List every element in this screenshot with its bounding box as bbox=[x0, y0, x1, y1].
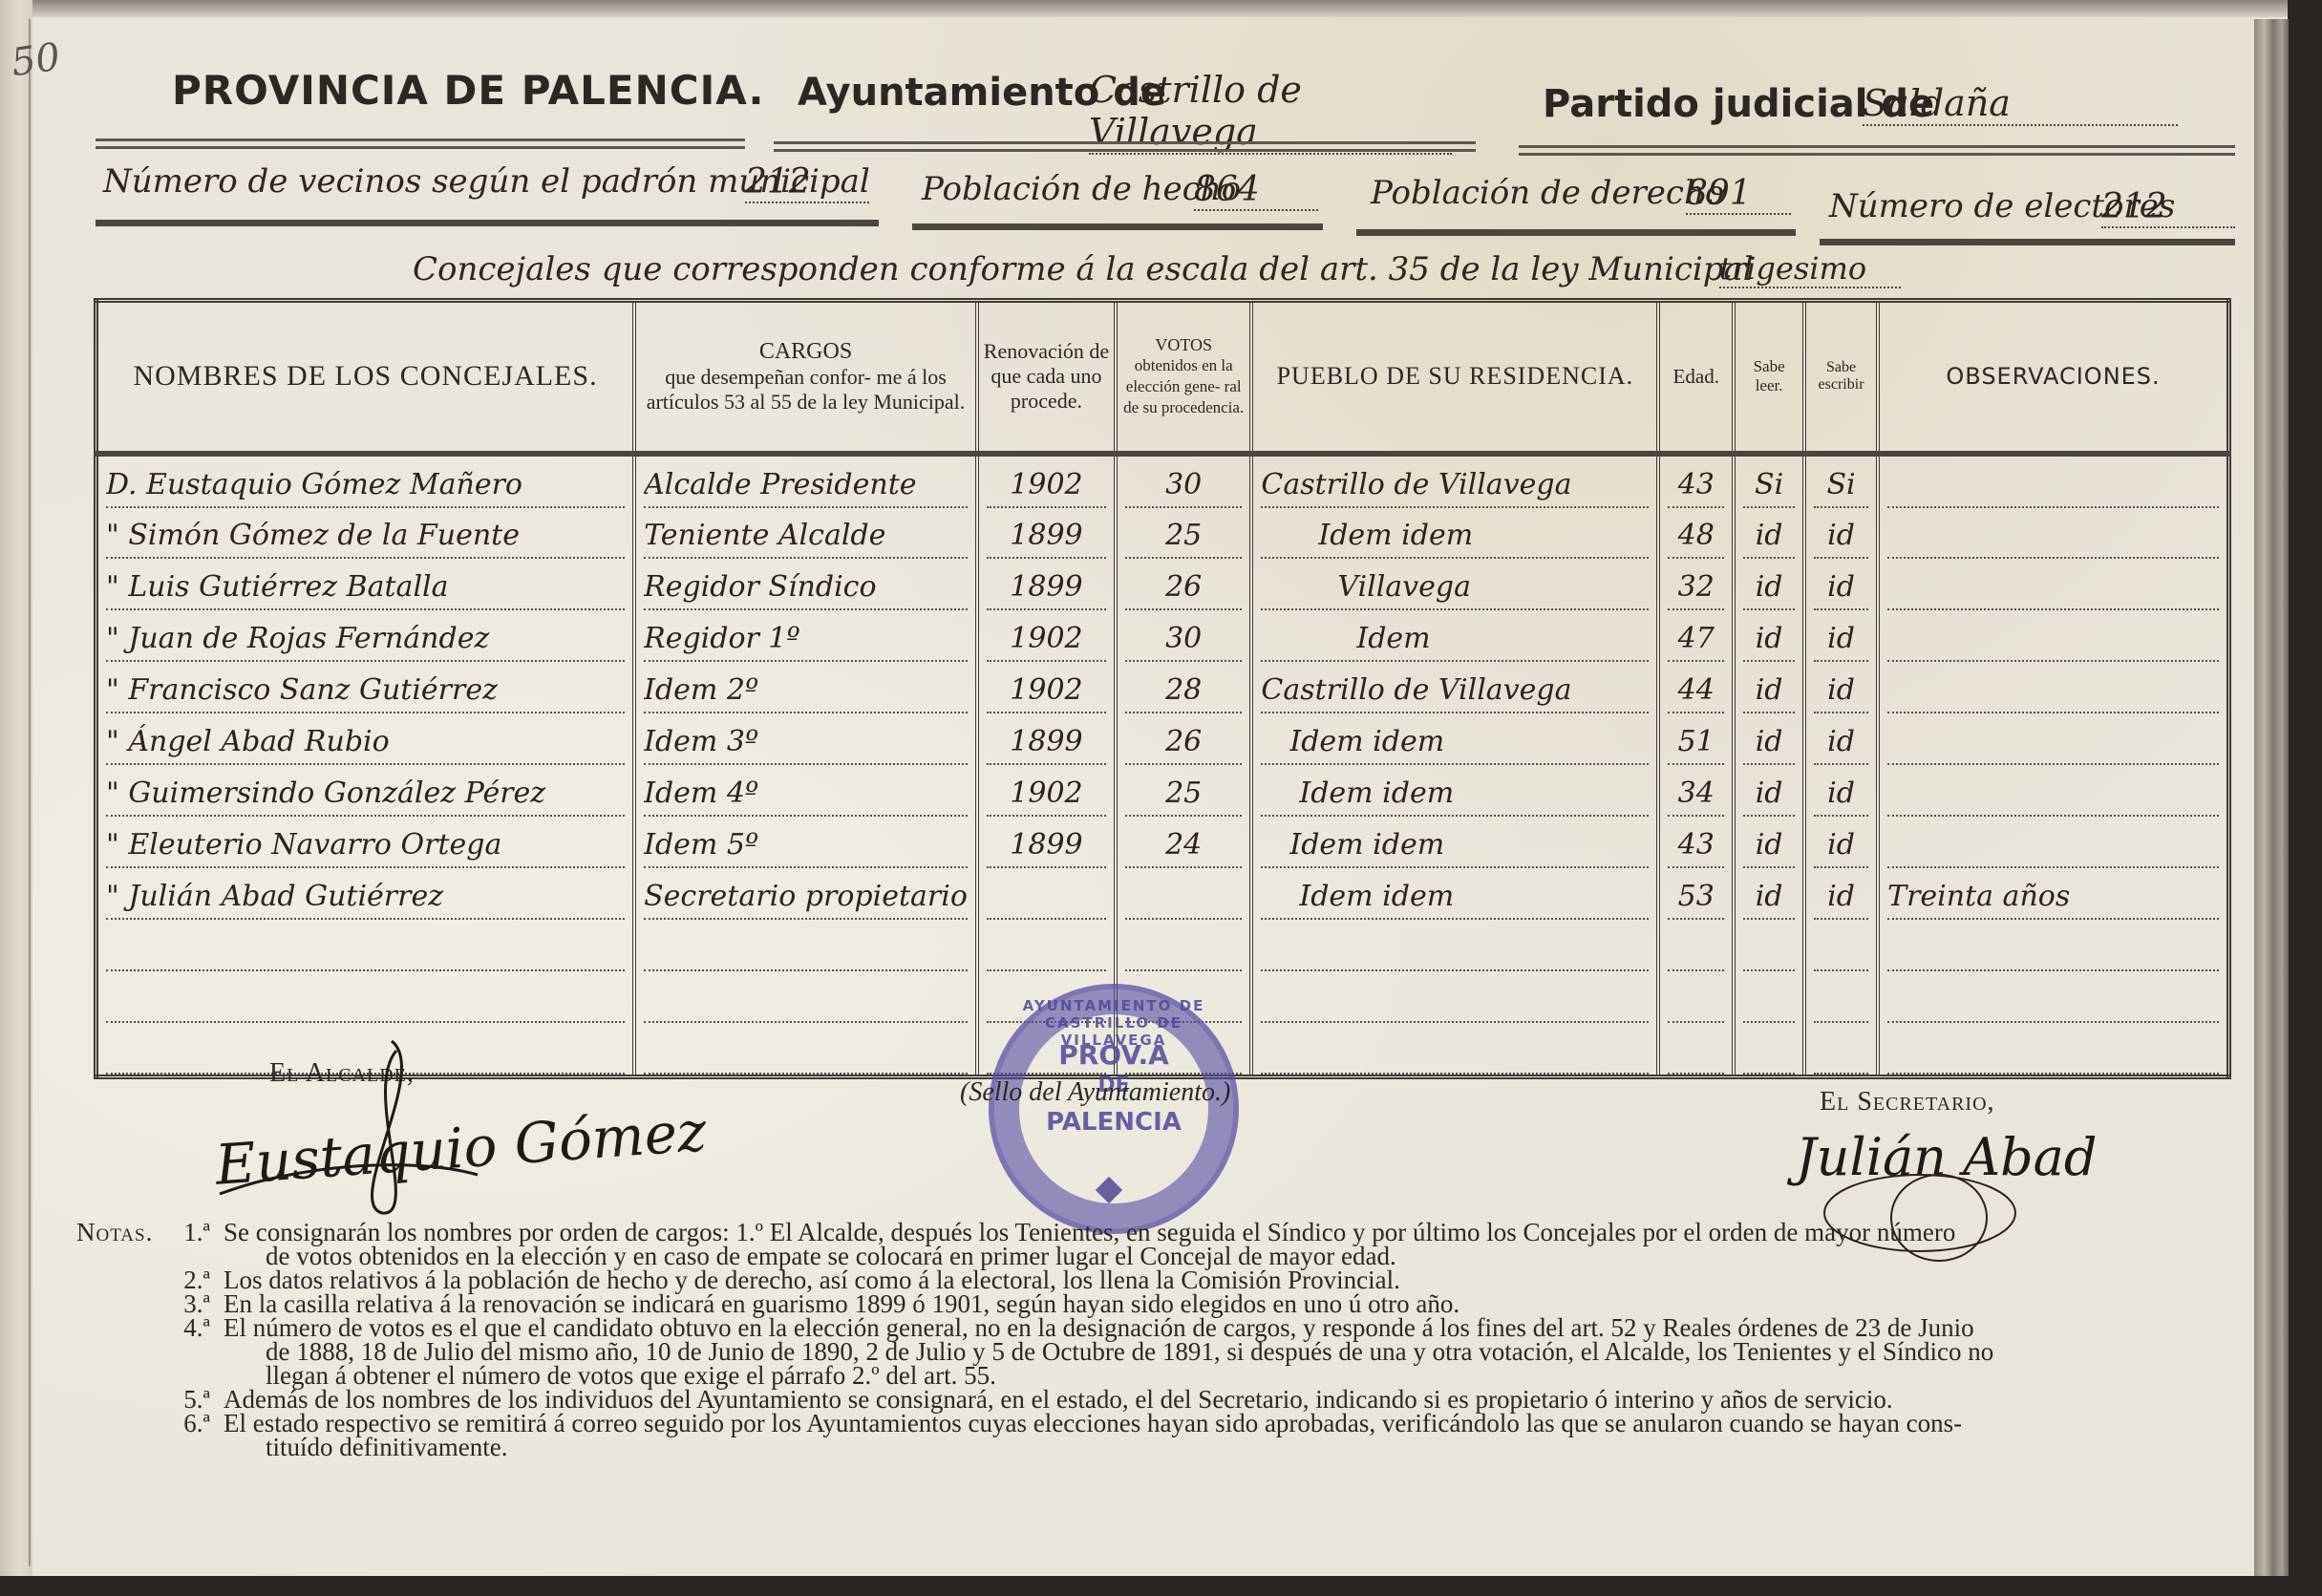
edad-cell: 47 bbox=[1668, 620, 1724, 662]
notes-section: Notas. 1.ª Se consignarán los nombres po… bbox=[76, 1221, 2235, 1459]
votos-cell: 25 bbox=[1125, 775, 1242, 817]
header-observaciones: OBSERVACIONES. bbox=[1878, 301, 2228, 454]
pueblo-cell: Castrillo de Villavega bbox=[1261, 466, 1649, 508]
edad-cell bbox=[1668, 981, 1724, 1023]
pueblo-cell: Idem idem bbox=[1261, 826, 1649, 868]
escribir-cell: id bbox=[1814, 878, 1868, 920]
cargo-cell: Idem 3º bbox=[644, 723, 968, 765]
header-pueblo: PUEBLO DE SU RESIDENCIA. bbox=[1251, 301, 1658, 454]
pueblo-cell bbox=[1261, 929, 1649, 971]
leer-cell: id bbox=[1743, 723, 1795, 765]
escribir-cell: id bbox=[1814, 620, 1868, 662]
edad-cell: 43 bbox=[1668, 466, 1724, 508]
pueblo-cell: Idem idem bbox=[1261, 517, 1649, 559]
province-title: PROVINCIA DE PALENCIA. bbox=[172, 67, 764, 114]
ayuntamiento-seal: AYUNTAMIENTO DE CASTRILLO DE VILLAVEGA P… bbox=[989, 984, 1239, 1234]
nombre-cell: " Luis Gutiérrez Batalla bbox=[106, 568, 625, 610]
edad-cell: 51 bbox=[1668, 723, 1724, 765]
escribir-cell: Si bbox=[1814, 466, 1868, 508]
obs-cell bbox=[1887, 1032, 2219, 1075]
seal-center-1: PROV.A bbox=[994, 1039, 1233, 1071]
votos-cell: 30 bbox=[1125, 466, 1242, 508]
renovacion-cell: 1902 bbox=[987, 775, 1106, 817]
escribir-cell: id bbox=[1814, 517, 1868, 559]
leer-cell: id bbox=[1743, 517, 1795, 559]
cargo-cell: Secretario propietario bbox=[644, 878, 968, 920]
renovacion-cell: 1902 bbox=[987, 671, 1106, 713]
book-right-edge bbox=[2254, 19, 2289, 1576]
votos-cell bbox=[1125, 929, 1242, 971]
leer-cell: id bbox=[1743, 671, 1795, 713]
nombre-cell: D. Eustaquio Gómez Mañero bbox=[106, 466, 625, 508]
pueblo-cell bbox=[1261, 981, 1649, 1023]
edad-cell bbox=[1668, 929, 1724, 971]
concejales-label: Concejales que corresponden conforme á l… bbox=[413, 250, 1754, 288]
header-sabe-escribir: Sabe escribir bbox=[1804, 301, 1878, 454]
cargo-cell bbox=[644, 981, 968, 1023]
hecho-rule bbox=[912, 223, 1323, 230]
hecho-label: Población de hecho bbox=[922, 170, 1241, 208]
table-row: D. Eustaquio Gómez Mañero Alcalde Presid… bbox=[96, 454, 2229, 508]
hecho-value: 864 bbox=[1194, 170, 1318, 211]
notes-label: Notas. bbox=[76, 1221, 167, 1245]
votos-cell: 28 bbox=[1125, 671, 1242, 713]
votos-cell: 30 bbox=[1125, 620, 1242, 662]
edad-cell: 34 bbox=[1668, 775, 1724, 817]
renovacion-cell bbox=[987, 929, 1106, 971]
nombre-cell bbox=[106, 981, 625, 1023]
obs-cell bbox=[1887, 929, 2219, 971]
edad-cell: 44 bbox=[1668, 671, 1724, 713]
escribir-cell: id bbox=[1814, 671, 1868, 713]
derecho-value: 891 bbox=[1686, 174, 1791, 215]
votos-cell: 26 bbox=[1125, 568, 1242, 610]
escribir-cell: id bbox=[1814, 723, 1868, 765]
table-row: " Simón Gómez de la Fuente Teniente Alca… bbox=[96, 508, 2229, 560]
table-row: " Eleuterio Navarro Ortega Idem 5º 1899 … bbox=[96, 817, 2229, 868]
nombre-cell: " Juan de Rojas Fernández bbox=[106, 620, 625, 662]
nombre-cell: " Julián Abad Gutiérrez bbox=[106, 878, 625, 920]
pueblo-cell: Idem idem bbox=[1261, 775, 1649, 817]
electores-rule bbox=[1820, 239, 2235, 245]
cargo-cell: Regidor Síndico bbox=[644, 568, 968, 610]
table-row: " Francisco Sanz Gutiérrez Idem 2º 1902 … bbox=[96, 662, 2229, 713]
leer-cell bbox=[1743, 981, 1795, 1023]
cargo-cell: Regidor 1º bbox=[644, 620, 968, 662]
ayuntamiento-rule bbox=[774, 141, 1476, 152]
nombre-cell bbox=[106, 929, 625, 971]
header-nombres: NOMBRES DE LOS CONCEJALES. bbox=[96, 301, 635, 454]
derecho-rule bbox=[1356, 229, 1796, 236]
edad-cell: 48 bbox=[1668, 517, 1724, 559]
vecinos-rule bbox=[96, 220, 879, 226]
table-row: " Julián Abad Gutiérrez Secretario propi… bbox=[96, 868, 2229, 920]
renovacion-cell: 1899 bbox=[987, 723, 1106, 765]
leer-cell: Si bbox=[1743, 466, 1795, 508]
escribir-cell bbox=[1814, 929, 1868, 971]
edad-cell: 53 bbox=[1668, 878, 1724, 920]
pueblo-cell bbox=[1261, 1032, 1649, 1075]
escribir-cell bbox=[1814, 1032, 1868, 1075]
edad-cell: 32 bbox=[1668, 568, 1724, 610]
pueblo-cell: Idem bbox=[1261, 620, 1649, 662]
table-row: " Luis Gutiérrez Batalla Regidor Síndico… bbox=[96, 559, 2229, 610]
renovacion-cell: 1902 bbox=[987, 620, 1106, 662]
partido-value: Saldaña bbox=[1863, 82, 2178, 126]
header-cargos: CARGOS que desempeñan confor- me á los a… bbox=[634, 301, 977, 454]
province-rule bbox=[96, 138, 745, 149]
alcalde-flourish-icon bbox=[201, 1032, 516, 1223]
derecho-label: Población de derecho bbox=[1371, 174, 1724, 212]
table-row: " Guimersindo González Pérez Idem 4º 190… bbox=[96, 765, 2229, 817]
nombre-cell: " Simón Gómez de la Fuente bbox=[106, 517, 625, 559]
pueblo-cell: Idem idem bbox=[1261, 878, 1649, 920]
leer-cell bbox=[1743, 929, 1795, 971]
table-row: " Ángel Abad Rubio Idem 3º 1899 26 Idem … bbox=[96, 713, 2229, 765]
leer-cell: id bbox=[1743, 878, 1795, 920]
document-page: 50 PROVINCIA DE PALENCIA. Ayuntamiento d… bbox=[0, 0, 2288, 1576]
renovacion-cell: 1899 bbox=[987, 517, 1106, 559]
nombre-cell: " Francisco Sanz Gutiérrez bbox=[106, 671, 625, 713]
cargo-cell: Idem 4º bbox=[644, 775, 968, 817]
table-row bbox=[96, 920, 2229, 971]
leer-cell: id bbox=[1743, 620, 1795, 662]
nombre-cell: " Guimersindo González Pérez bbox=[106, 775, 625, 817]
concejales-table: NOMBRES DE LOS CONCEJALES. CARGOS que de… bbox=[94, 298, 2231, 1079]
escribir-cell bbox=[1814, 981, 1868, 1023]
secretario-label: El Secretario, bbox=[1820, 1087, 1995, 1117]
votos-cell: 26 bbox=[1125, 723, 1242, 765]
vecinos-value: 212 bbox=[745, 162, 869, 203]
seal-caption: (Sello del Ayuntamiento.) bbox=[960, 1077, 1230, 1108]
escribir-cell: id bbox=[1814, 826, 1868, 868]
leer-cell: id bbox=[1743, 826, 1795, 868]
edad-cell bbox=[1668, 1032, 1724, 1075]
escribir-cell: id bbox=[1814, 775, 1868, 817]
cargo-cell: Idem 5º bbox=[644, 826, 968, 868]
header-renovacion: Renovación de que cada uno procede. bbox=[977, 301, 1116, 454]
cargo-cell bbox=[644, 1032, 968, 1075]
header-edad: Edad. bbox=[1658, 301, 1734, 454]
seal-center-3: PALENCIA bbox=[994, 1108, 1233, 1137]
table-row: " Juan de Rojas Fernández Regidor 1º 190… bbox=[96, 610, 2229, 662]
leer-cell bbox=[1743, 1032, 1795, 1075]
leer-cell: id bbox=[1743, 775, 1795, 817]
cargo-cell: Teniente Alcalde bbox=[644, 517, 968, 559]
pueblo-cell: Castrillo de Villavega bbox=[1261, 671, 1649, 713]
renovacion-cell: 1899 bbox=[987, 568, 1106, 610]
cargo-cell: Idem 2º bbox=[644, 671, 968, 713]
votos-cell: 24 bbox=[1125, 826, 1242, 868]
obs-cell bbox=[1887, 981, 2219, 1023]
votos-cell: 25 bbox=[1125, 517, 1242, 559]
obs-cell: Treinta años bbox=[1887, 878, 2219, 920]
electores-value: 212 bbox=[2101, 187, 2235, 228]
header-sabe-leer: Sabe leer. bbox=[1734, 301, 1804, 454]
renovacion-cell: 1902 bbox=[987, 466, 1106, 508]
pueblo-cell: Idem idem bbox=[1261, 723, 1649, 765]
spine-fold-line bbox=[29, 19, 31, 1566]
nombre-cell: " Eleuterio Navarro Ortega bbox=[106, 826, 625, 868]
book-top-edge bbox=[0, 0, 2288, 17]
leer-cell: id bbox=[1743, 568, 1795, 610]
concejales-value: trigesimo bbox=[1719, 250, 1901, 288]
escribir-cell: id bbox=[1814, 568, 1868, 610]
cargo-cell: Alcalde Presidente bbox=[644, 466, 968, 508]
nombre-cell: " Ángel Abad Rubio bbox=[106, 723, 625, 765]
cargo-cell bbox=[644, 929, 968, 971]
seal-diamond-icon bbox=[1096, 1177, 1122, 1203]
renovacion-cell: 1899 bbox=[987, 826, 1106, 868]
edad-cell: 43 bbox=[1668, 826, 1724, 868]
pueblo-cell: Villavega bbox=[1261, 568, 1649, 610]
margin-note: 50 bbox=[9, 35, 63, 86]
header-votos: VOTOS obtenidos en la elección gene- ral… bbox=[1116, 301, 1251, 454]
partido-rule bbox=[1519, 145, 2235, 156]
book-spine bbox=[0, 0, 32, 1576]
